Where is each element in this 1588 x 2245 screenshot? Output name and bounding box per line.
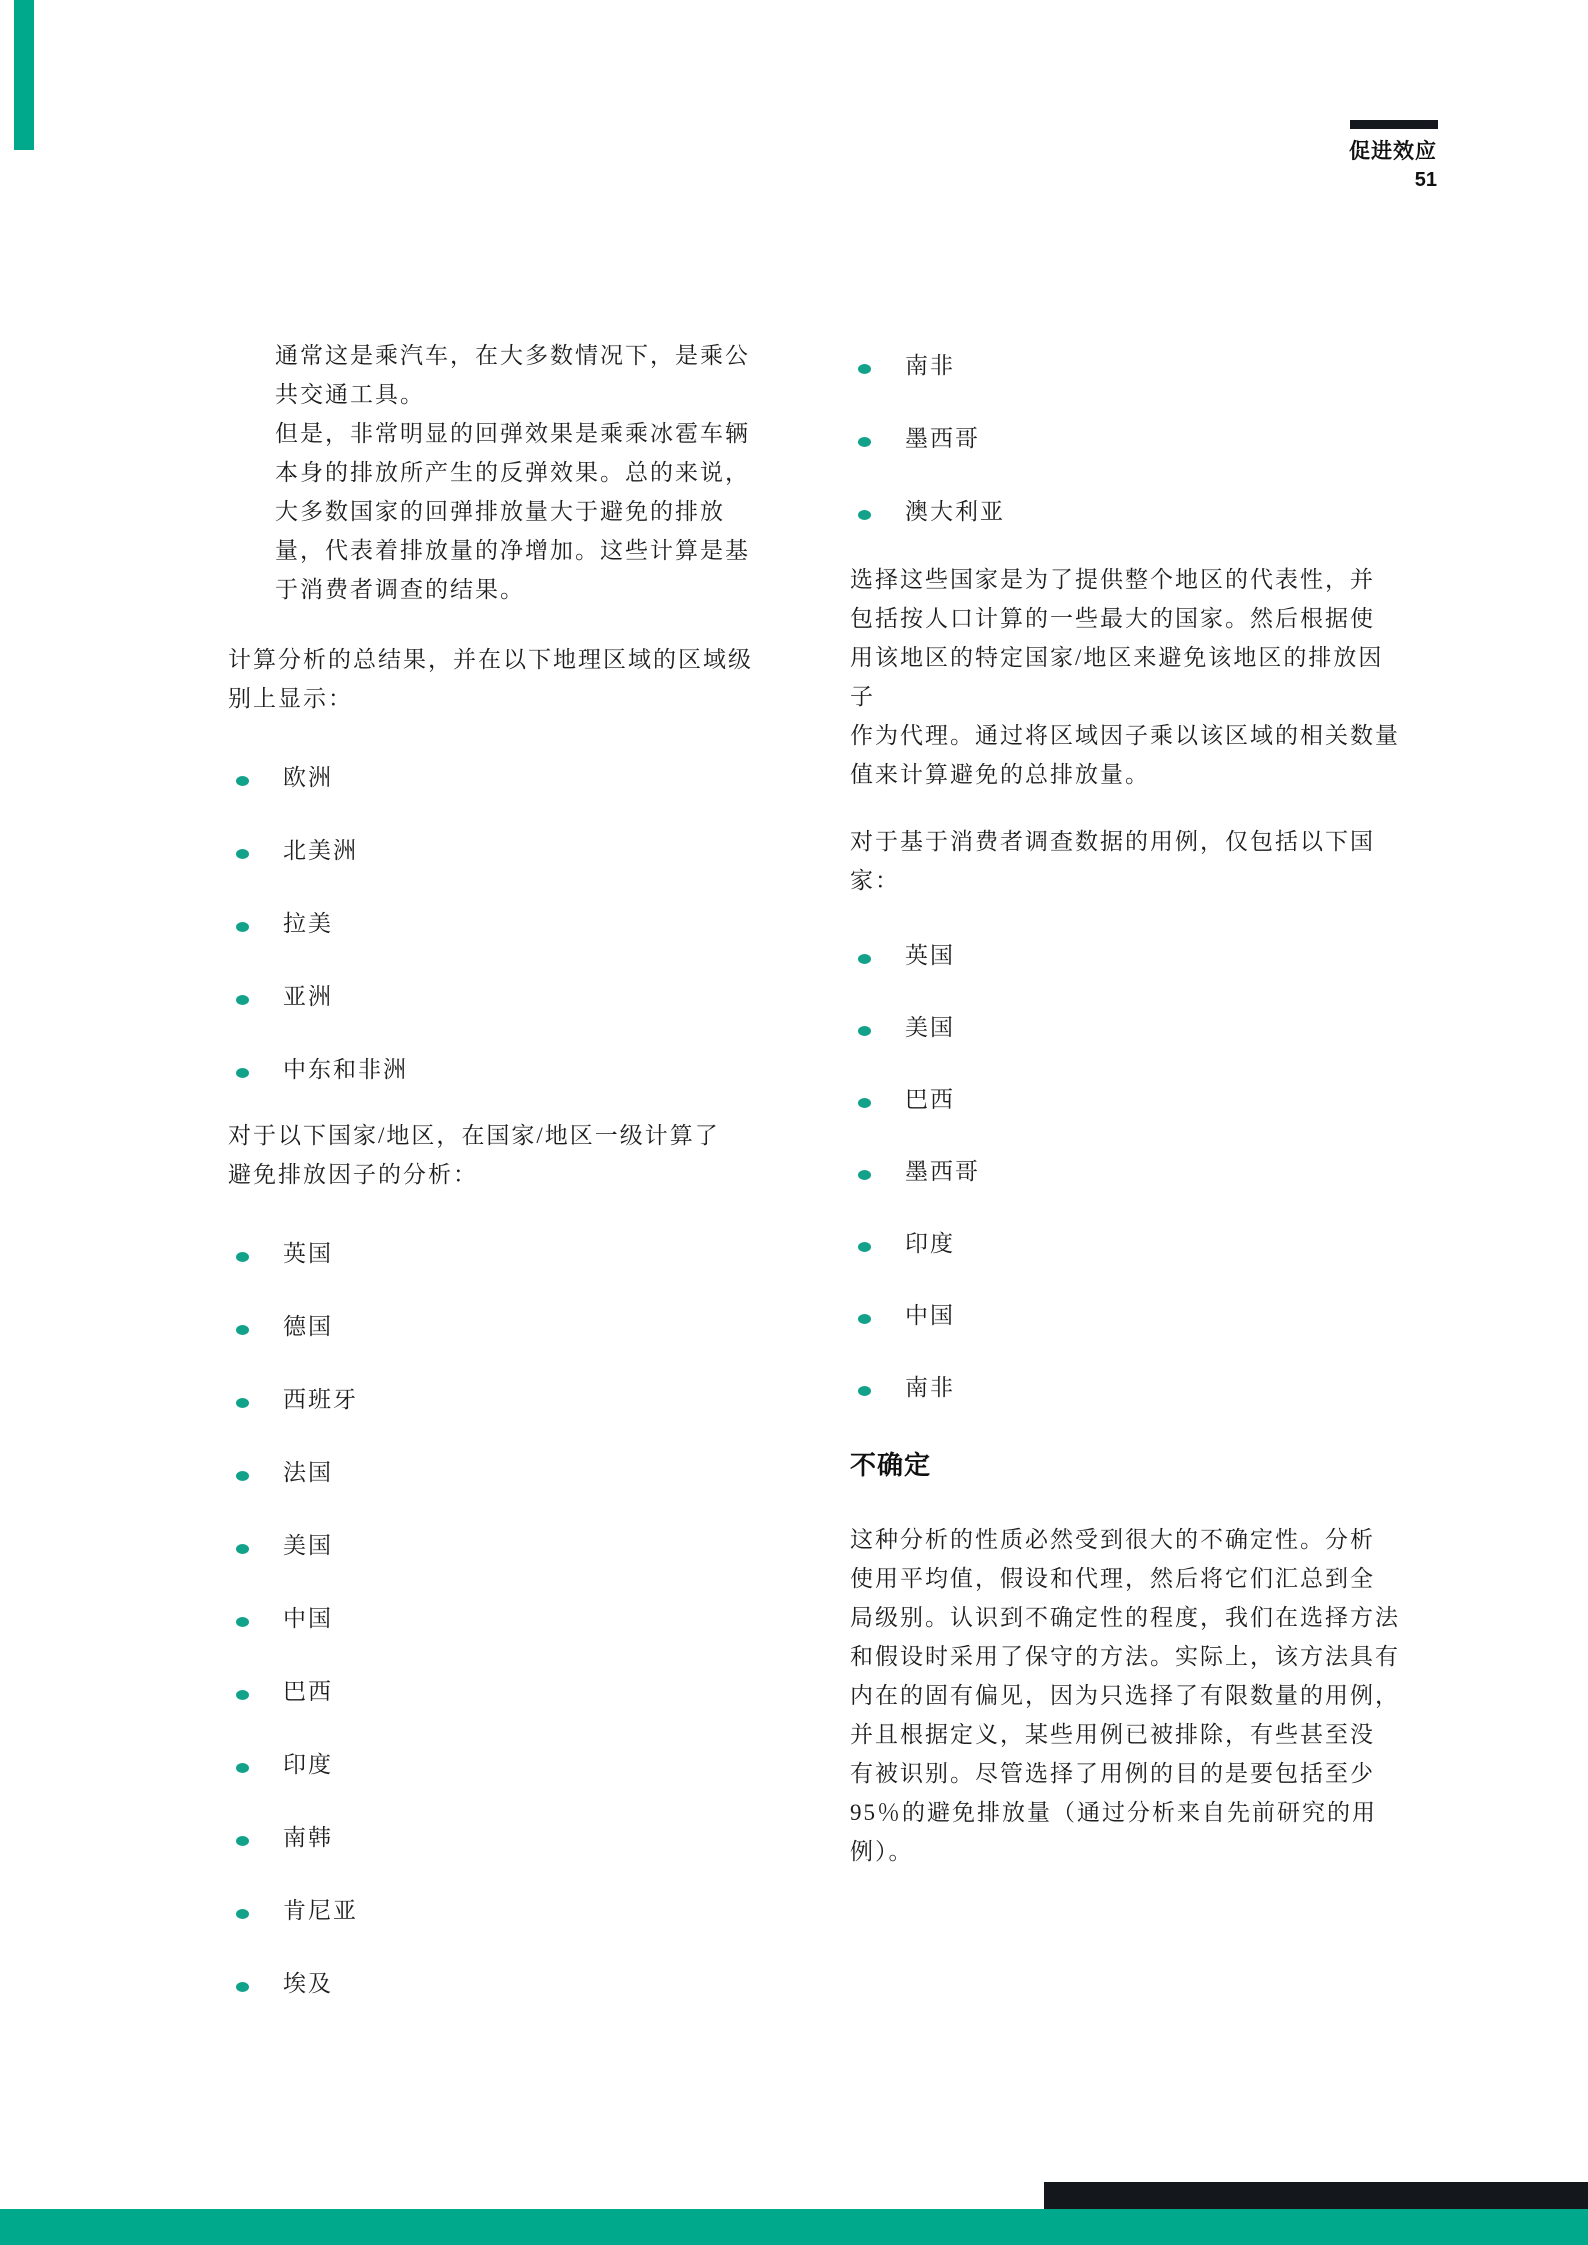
bullet-dot-icon [858,510,871,520]
list-item: 美国 [850,1008,980,1080]
bullet-dot-icon [858,1386,871,1396]
list-item: 中国 [228,1599,358,1672]
header-rule [1350,120,1438,129]
bullet-dot-icon [858,1242,871,1252]
list-item: 墨西哥 [850,419,1005,492]
bullet-dot-icon [236,1544,249,1554]
list-item: 英国 [850,936,980,1008]
survey-countries-list: 英国 美国 巴西 墨西哥 印度 中国 南非 [850,936,980,1440]
list-item: 南韩 [228,1818,358,1891]
list-item-label: 埃及 [283,1964,333,2003]
list-item: 英国 [228,1234,358,1307]
list-item: 德国 [228,1307,358,1380]
list-item-label: 巴西 [283,1672,333,1711]
bullet-dot-icon [236,1836,249,1846]
list-item: 中东和非洲 [228,1050,408,1123]
list-item: 巴西 [850,1080,980,1152]
list-item: 拉美 [228,904,408,977]
list-item-label: 巴西 [905,1080,955,1119]
bullet-dot-icon [858,1098,871,1108]
paragraph-survey-intro: 对于基于消费者调查数据的用例，仅包括以下国 家： [850,822,1375,900]
list-item: 中国 [850,1296,980,1368]
list-item-label: 墨西哥 [905,419,980,458]
list-item-label: 中国 [905,1296,955,1335]
list-item-label: 中东和非洲 [283,1050,408,1089]
list-item-label: 肯尼亚 [283,1891,358,1930]
list-item: 美国 [228,1526,358,1599]
list-item-label: 英国 [905,936,955,975]
list-item-label: 墨西哥 [905,1152,980,1191]
list-item-label: 德国 [283,1307,333,1346]
list-item-label: 法国 [283,1453,333,1492]
list-item: 埃及 [228,1964,358,2037]
list-item: 肯尼亚 [228,1891,358,1964]
list-item: 北美洲 [228,831,408,904]
list-item-label: 北美洲 [283,831,358,870]
bullet-dot-icon [236,922,249,932]
bullet-dot-icon [858,364,871,374]
list-item-label: 印度 [905,1224,955,1263]
countries-list: 英国 德国 西班牙 法国 美国 中国 巴西 印度 南韩 肯尼亚 [228,1234,358,2037]
list-item-label: 美国 [283,1526,333,1565]
list-item-label: 亚洲 [283,977,333,1016]
list-item-label: 南非 [905,346,955,385]
bullet-dot-icon [858,1314,871,1324]
paragraph-uncertainty: 这种分析的性质必然受到很大的不确定性。分析 使用平均值，假设和代理，然后将它们汇… [850,1520,1400,1871]
list-item-label: 中国 [283,1599,333,1638]
bullet-dot-icon [236,1690,249,1700]
list-item: 印度 [228,1745,358,1818]
uncertainty-heading: 不确定 [850,1448,931,1482]
bullet-dot-icon [236,1909,249,1919]
list-item-label: 南非 [905,1368,955,1407]
page-corner-accent-bar [14,0,34,150]
bullet-dot-icon [858,1026,871,1036]
list-item: 墨西哥 [850,1152,980,1224]
bullet-dot-icon [236,1617,249,1627]
list-item-label: 印度 [283,1745,333,1784]
list-item-label: 西班牙 [283,1380,358,1419]
footer-black-bar [1044,2182,1588,2209]
document-page: 促进效应 51 通常这是乘汽车，在大多数情况下，是乘公 共交通工具。 但是，非常… [0,0,1588,2245]
bullet-dot-icon [236,1471,249,1481]
list-item: 印度 [850,1224,980,1296]
list-item: 亚洲 [228,977,408,1050]
bullet-dot-icon [236,1325,249,1335]
list-item: 欧洲 [228,758,408,831]
paragraph-country-selection: 选择这些国家是为了提供整个地区的代表性，并 包括按人口计算的一些最大的国家。然后… [850,560,1400,794]
bullet-dot-icon [858,1170,871,1180]
list-item-label: 澳大利亚 [905,492,1005,531]
paragraph-regions-intro: 计算分析的总结果，并在以下地理区域的区域级 别上显示： [228,640,753,718]
bullet-dot-icon [236,1398,249,1408]
list-item: 南非 [850,1368,980,1440]
list-item: 西班牙 [228,1380,358,1453]
bullet-dot-icon [858,954,871,964]
list-item-label: 欧洲 [283,758,333,797]
paragraph-countries-intro: 对于以下国家/地区，在国家/地区一级计算了 避免排放因子的分析： [228,1116,720,1194]
list-item: 南非 [850,346,1005,419]
bullet-dot-icon [236,1068,249,1078]
bullet-dot-icon [236,849,249,859]
bullet-dot-icon [236,1763,249,1773]
footer-teal-bar [0,2209,1588,2245]
list-item: 澳大利亚 [850,492,1005,565]
list-item: 巴西 [228,1672,358,1745]
page-number: 51 [1037,167,1437,193]
bullet-dot-icon [236,995,249,1005]
bullet-dot-icon [236,776,249,786]
bullet-dot-icon [236,1982,249,1992]
section-label: 促进效应 [1037,138,1437,166]
list-item-label: 拉美 [283,904,333,943]
regions-list: 欧洲 北美洲 拉美 亚洲 中东和非洲 [228,758,408,1123]
bullet-dot-icon [236,1252,249,1262]
bullet-dot-icon [858,437,871,447]
countries-top-list: 南非 墨西哥 澳大利亚 [850,346,1005,565]
paragraph-rebound-effect: 通常这是乘汽车，在大多数情况下，是乘公 共交通工具。 但是，非常明显的回弹效果是… [275,336,750,609]
list-item-label: 美国 [905,1008,955,1047]
list-item-label: 南韩 [283,1818,333,1857]
list-item-label: 英国 [283,1234,333,1273]
list-item: 法国 [228,1453,358,1526]
